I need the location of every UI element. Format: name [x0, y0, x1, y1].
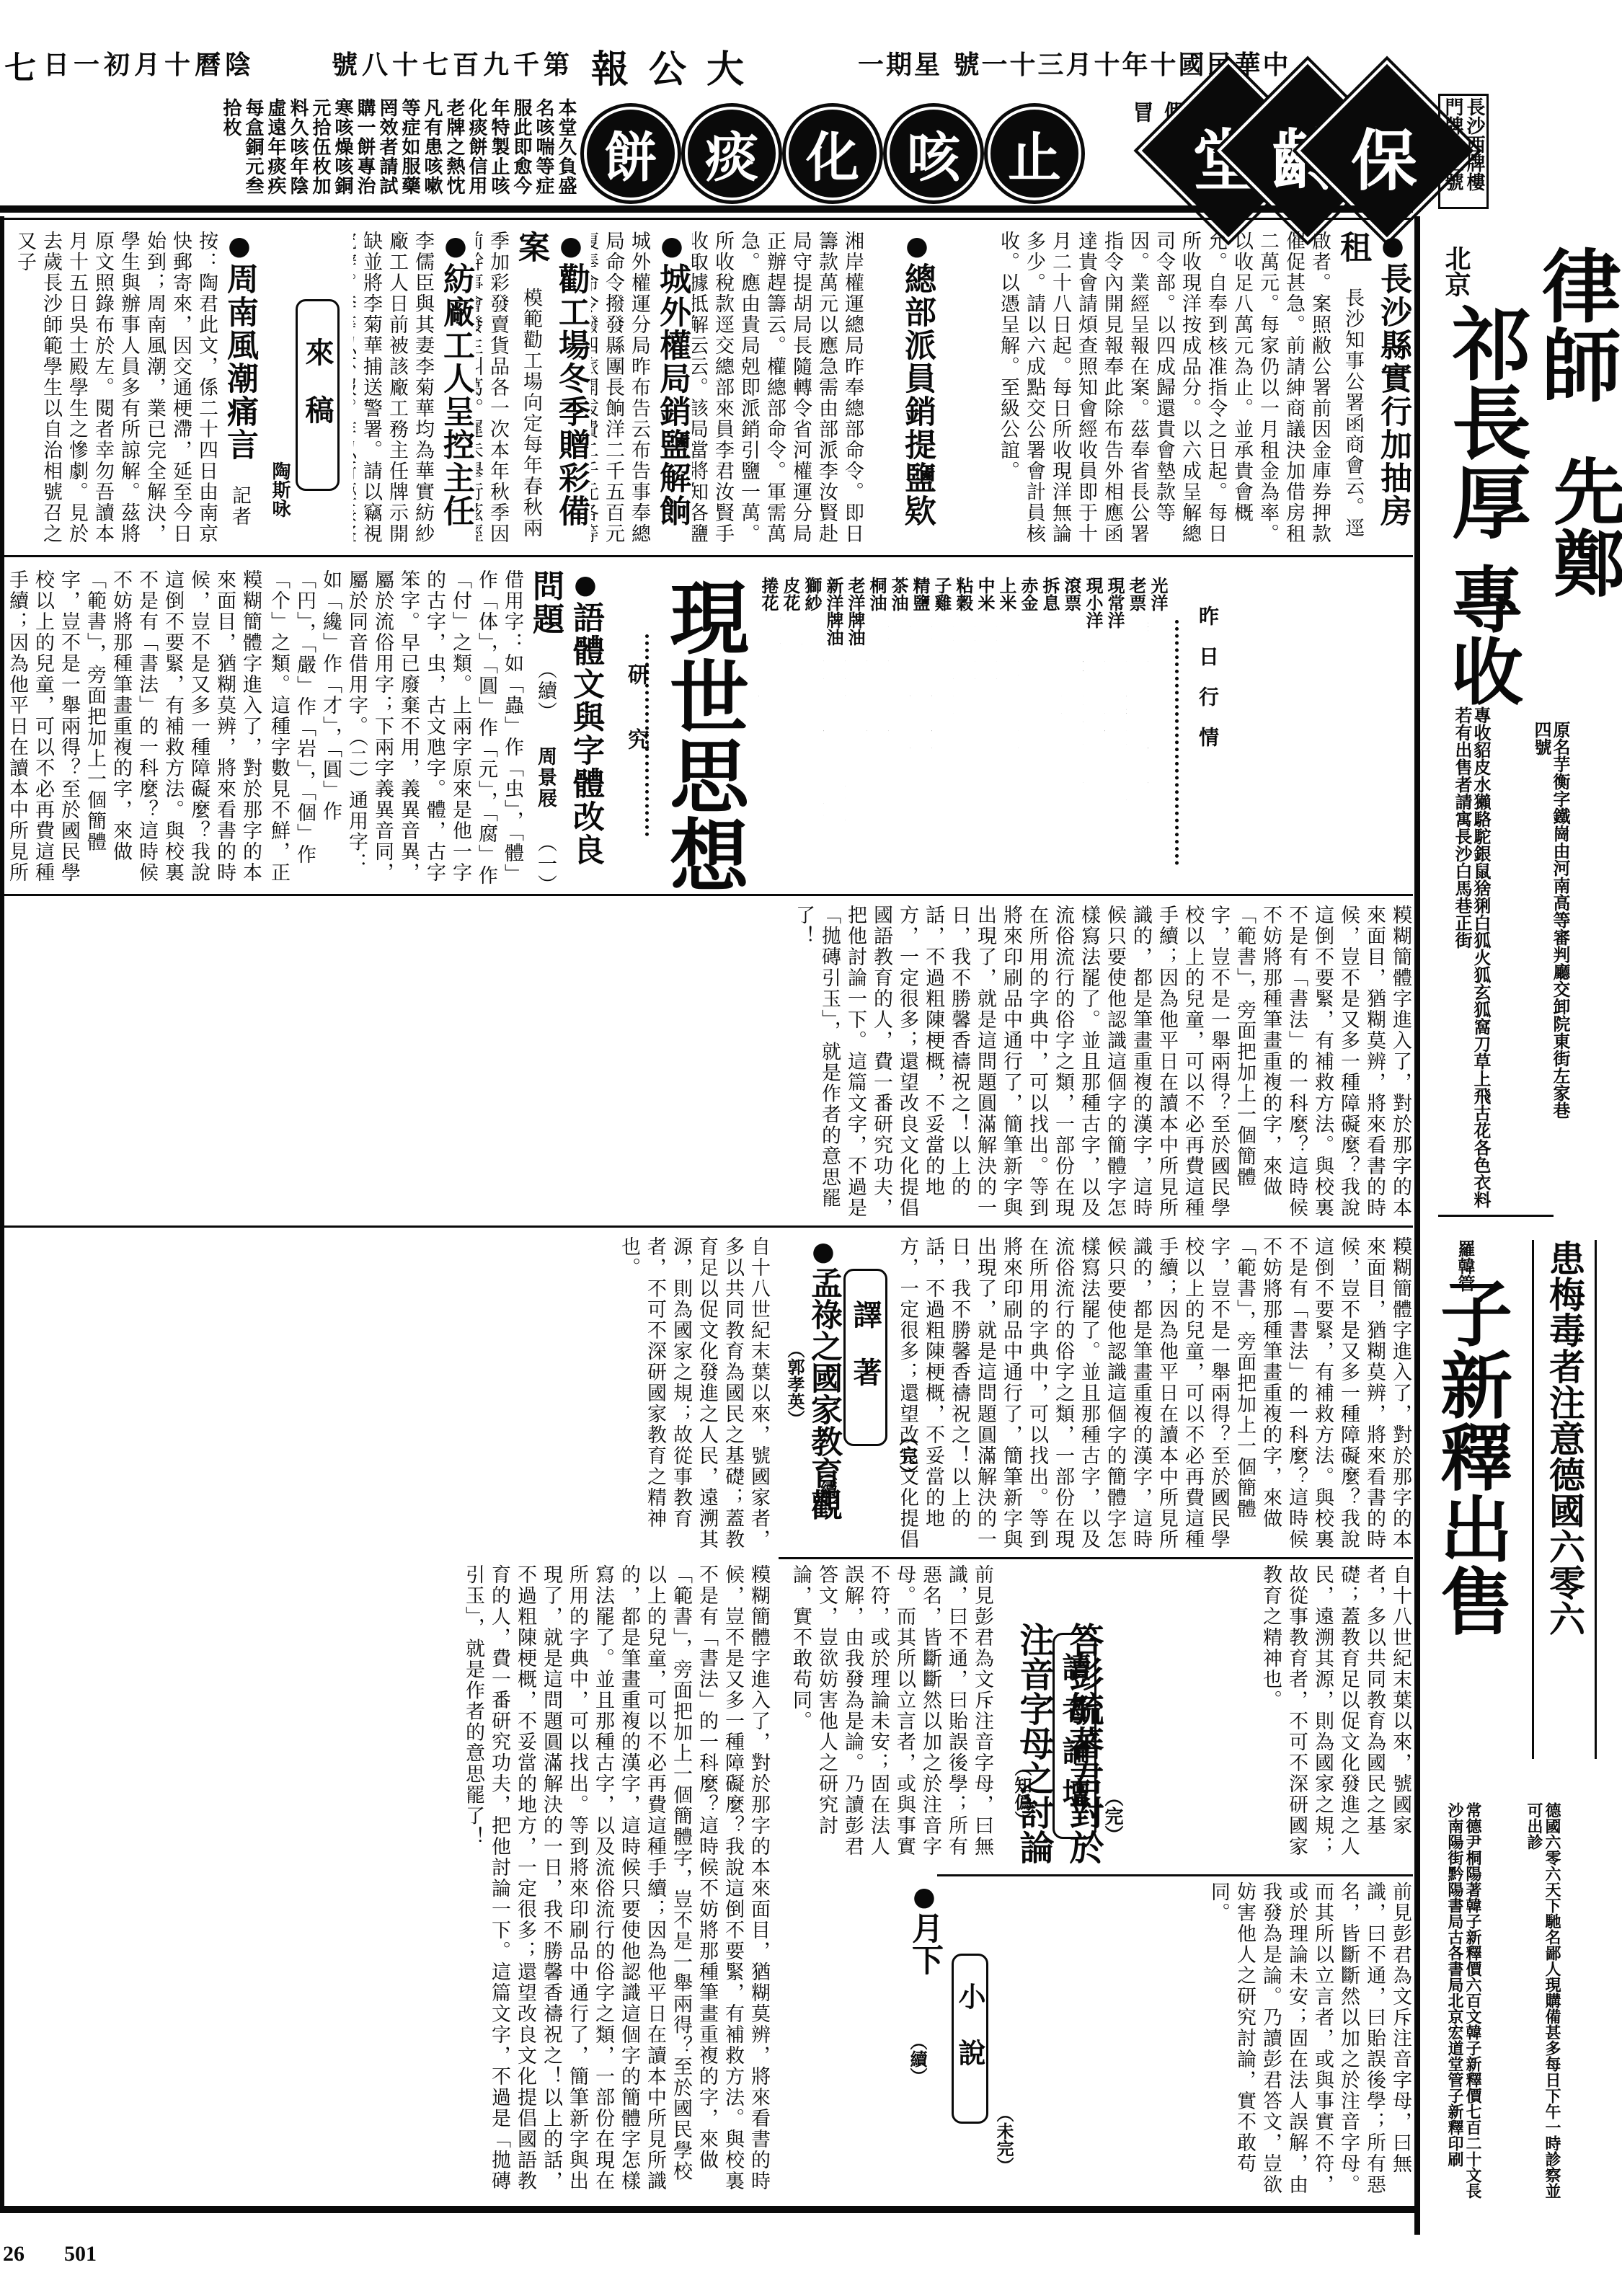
- commodity-name: 現常洋: [1104, 577, 1125, 663]
- commodity-price: 每元換銅元一千七百八十文: [1148, 577, 1148, 784]
- research-label: 研究: [620, 663, 652, 793]
- contribution-label: 來稿: [296, 299, 340, 491]
- essay-text-ending: 糢糊簡體字進入了，對於那字的本來面目，猶糊莫辨，將來看書的時候，豈不是又多一種障…: [901, 1236, 1412, 1550]
- translation-end-mark: （完）: [894, 1427, 921, 1484]
- essay-ending: 糢糊簡體字進入了，對於那字的本來面目，猶糊莫辨，將來看書的時候，豈不是又多一種障…: [901, 1236, 1413, 1550]
- translation-body: 自十八世紀末葉以來，號國家者，多以共同教育為國民之基礎；蓋教育足以促文化發進之人…: [618, 1236, 770, 1550]
- news-body-5: 李儒臣與其妻李菊華均為華實紡紗廠工人日前被該廠工務主任牌示開缺並將李菊華捕送警署…: [353, 231, 434, 544]
- lawyer-location: 北京: [1438, 245, 1475, 297]
- forum-end-mark: （完）: [1099, 1788, 1126, 1844]
- contribution-author: 陶斯咏: [267, 461, 293, 518]
- syphilis-warning: 患梅毒者注意德國六零六: [1532, 1240, 1597, 1759]
- lawyer-receive: 專收: [1445, 562, 1517, 706]
- product-char-1: 止: [988, 107, 1081, 200]
- commodity-price: 每斤元錢三百四十文: [867, 577, 867, 732]
- book-sale-text: 常德尹桐陽著韓子新釋價六百文韓子新釋價七百二十文長沙南陽街黔陽書局古各書局北京宏…: [1445, 1802, 1481, 2206]
- lunar-date: 陰曆十月初一日: [43, 45, 255, 81]
- commodity-price: 一元五: [1040, 577, 1040, 629]
- translation-continued: （續）: [815, 1463, 840, 1515]
- right-border: [1414, 216, 1420, 2235]
- mid-rule-3: [0, 1225, 1413, 1228]
- novel-body-text: 糢糊簡體字進入了，對於那字的本來面目，猶糊莫辨，將來看書的時候，豈不是又多一種障…: [462, 1564, 770, 2191]
- mid-rule-2: [0, 894, 1413, 896]
- essay-text-middle: 糢糊簡體字進入了，對於那字的本來面目，猶糊莫辨，將來看書的時候，豈不是又多一種障…: [792, 905, 1412, 1218]
- brand-char-1: 保: [1323, 108, 1445, 203]
- commodity-name: 赤金: [1018, 577, 1038, 663]
- forum-headline: 答彭毓蕃君對於注音字母之討論: [1009, 1622, 1109, 1867]
- market-price-item: 老票一千六百五十文換光洋一七元: [1126, 577, 1146, 887]
- contribution-headline: 周南風潮痛言: [221, 231, 258, 461]
- novel-label: 小說: [952, 1954, 988, 2124]
- market-price-item: 精鹽每斤元錢一百九十六文: [910, 577, 930, 887]
- commodity-name: 滾票: [1061, 577, 1081, 663]
- forum-body-text: 前見彭君為文斥注音字母，曰無識，曰不通，曰貽誤後學；所有惡名，皆斷斷然以加之於注…: [789, 1564, 993, 1857]
- market-price-item: 桐油每斤元錢三百四十文: [867, 577, 887, 887]
- mid-rule-4: [779, 1557, 1413, 1559]
- footer-number-1: 26: [3, 2242, 25, 2266]
- novel-continued: （續）: [905, 2033, 930, 2085]
- footer-number-2: 501: [64, 2242, 97, 2266]
- essay-continuation-upper: 糢糊簡體字進入了，對於那字的本來面目，猶糊莫辨，將來看書的時候，豈不是又多一種障…: [7, 569, 263, 887]
- top-advertisement: 本堂久負盛名咳喘等症服此即愈今年特製止咳化痰餅信用老牌之熱忱凡有患咳嗽等症如服藥…: [0, 94, 1442, 202]
- commodity-price: 每斤圓錢七百文: [758, 577, 759, 698]
- commodity-price: 每斤元錢三百二十文: [888, 577, 889, 732]
- commodity-name: 上米: [996, 577, 1016, 663]
- market-price-item: 皮花每元合三斤四兩: [780, 577, 800, 887]
- commodity-price: 每包六元二角: [802, 577, 802, 681]
- commodity-name: 子雞: [931, 577, 952, 663]
- market-price-item: 茶油每斤元錢三百二十文: [888, 577, 908, 887]
- lawyer-desc: 原名芋衡字鐵崗由河南高等審判廳交卸院東街左家巷四號: [1532, 721, 1569, 1125]
- commodity-name: 新洋牌油: [823, 577, 843, 663]
- commodity-name: 茶油: [888, 577, 908, 663]
- commodity-name: 捲花: [758, 577, 779, 663]
- market-label: 昨日行情: [1193, 606, 1222, 767]
- commodity-price: 一千四百六十五元: [1061, 577, 1062, 715]
- commodity-price: 每屏光洋三元一角八 每斤元錢二百一十文: [823, 577, 824, 874]
- research-continued: （續）: [534, 660, 557, 722]
- forum-body-upper: 自十八世紀末葉以來，號國家者，多以共同教育為國民之基礎；蓋教育足以促文化發進之人…: [1259, 1564, 1412, 1857]
- market-price-item: 拆息一元五: [1040, 577, 1060, 887]
- market-price-item: 現小洋一十一角八分五折合洋一元: [1083, 577, 1103, 887]
- research-author: 周景屐: [534, 746, 557, 809]
- commodity-name: 獅紗: [802, 577, 822, 663]
- commodity-price: 每石光洋五元一: [975, 577, 975, 698]
- news-item-1: 長沙縣實行加抽房租 長沙知事公署函商會云。逕啟者。案照敝公署前因金庫券押款催促甚…: [937, 231, 1413, 548]
- novel-text-right: 前見彭君為文斥注音字母，曰無識，曰不通，曰貽誤後學；所有惡名，皆斷斷然以加之於注…: [1207, 1881, 1412, 2195]
- forum-article: 自十八世紀末葉以來，號國家者，多以共同教育為國民之基礎；蓋教育足以促文化發進之人…: [937, 1564, 1413, 1867]
- address-box: 長沙西牌樓門牌十三號: [1438, 94, 1489, 209]
- serial-number: 第千九百七十八號: [332, 45, 574, 81]
- news-headline-5: 紡廠工人呈控主任: [438, 231, 474, 528]
- paper-name: 大公報: [591, 39, 764, 93]
- commodity-name: 拆息: [1040, 577, 1060, 663]
- product-char-2: 咳: [887, 107, 980, 200]
- bottom-rule: [0, 2206, 1420, 2213]
- commodity-name: 現小洋: [1083, 577, 1103, 663]
- market-price-item: 中米每石光洋五元一: [975, 577, 995, 887]
- commodity-price: 每斤元錢一百九十六文: [910, 577, 910, 750]
- market-price-item: 老洋牌油每屏光洋三元三角 每斤元錢三百二十文: [845, 577, 865, 887]
- commodity-price: 每屏光洋三元三角 每斤元錢三百二十文: [845, 577, 846, 874]
- novel-continued-text: 前見彭君為文斥注音字母，曰無識，曰不通，曰貽誤後學；所有惡名，皆斷斷然以加之於注…: [959, 1881, 1413, 2199]
- market-price-item: 光洋每元換銅元一千七百八十文: [1148, 577, 1168, 887]
- news-body-2: 湘岸權運總局昨奉總部命令。即日籌款萬元以應急需由部派李汝賢赴局守提胡局長隨轉令省…: [692, 231, 864, 544]
- page-number: 七: [4, 42, 40, 88]
- commodity-price: 一千六百五十文換光洋一七元: [1126, 577, 1127, 802]
- commodity-price: 每石光洋二元五五: [953, 577, 954, 715]
- market-price-item: 上米每石光洋五元四: [996, 577, 1016, 887]
- market-price-table: 光洋每元換銅元一千七百八十文老票一千六百五十文換光洋一七元現常洋每洋一百元補二元…: [757, 577, 1168, 887]
- news-item-4: 勸工場冬季贈彩備案 模範勸工場向定每年春秋兩季加彩發賣貨品各一次本年秋季因前幹事…: [476, 231, 591, 548]
- market-price-item: 赤金換出每兩光洋四十五元: [1018, 577, 1038, 887]
- commodity-name: 桐油: [867, 577, 887, 663]
- lawyer-aux-name: 先鄭: [1532, 454, 1622, 598]
- commodity-name: 中米: [975, 577, 995, 663]
- translation-label: 譯著: [843, 1269, 887, 1446]
- market-price-item: 粘穀每石光洋二元五五: [953, 577, 973, 887]
- commodity-name: 老洋牌油: [845, 577, 865, 663]
- commodity-price: 每石光洋五元四: [996, 577, 997, 698]
- ad-copy: 本堂久負盛名咳喘等症服此即愈今年特製止咳化痰餅信用老牌之熱忱凡有患咳嗽等症如服藥…: [0, 98, 577, 199]
- market-divider-dots: [1175, 620, 1189, 865]
- news-headline-3: 城外權局銷鹽解餉: [654, 231, 691, 528]
- translation-article: 自十八世紀末葉以來，號國家者，多以共同教育為國民之基礎；蓋教育足以促文化發進之人…: [7, 1236, 771, 1550]
- commodity-name: 老票: [1126, 577, 1146, 663]
- novel-body: 糢糊簡體字進入了，對於那字的本來面目，猶糊莫辨，將來看書的時候，豈不是又多一種障…: [7, 1564, 771, 2199]
- contribution-article: 周南風潮痛言 記者按：陶君此文，係二十四日由南京快郵寄來，因交通梗滯，延至今日始…: [7, 231, 260, 548]
- essay-text-upper: 糢糊簡體字進入了，對於那字的本來面目，猶糊莫辨，將來看書的時候，豈不是又多一種障…: [7, 569, 262, 883]
- news-headline-2: 總部派員銷提鹽欵: [899, 231, 936, 528]
- top-rule: [0, 205, 1413, 213]
- market-price-item: 捲花每斤圓錢七百文: [758, 577, 779, 887]
- footer-numbers: 26 501: [3, 2242, 97, 2266]
- news-body-1: 長沙知事公署函商會云。逕啟者。案照敝公署前因金庫券押款催促甚急。前請紳商議決加借…: [997, 231, 1364, 544]
- product-char-4: 痰: [685, 107, 779, 200]
- lawyer-title: 律師: [1532, 245, 1618, 404]
- forum-author: （知僞）: [1009, 1759, 1034, 1828]
- mid-rule-5: [937, 1874, 1413, 1876]
- commodity-name: 皮花: [780, 577, 800, 663]
- commodity-name: 粘穀: [953, 577, 973, 663]
- market-price-item: 獅紗每包六元二角: [802, 577, 822, 887]
- news-item-5: 紡廠工人呈控主任 李儒臣與其妻李菊華均為華實紡紗廠工人日前被該廠工務主任牌示開缺…: [353, 231, 476, 548]
- translation-translator: （郭孝英）: [782, 1341, 807, 1427]
- news-body-3: 城外權運分局昨布告云布告事奉總局命令撥發縣團長餉洋二千五百元復奉命令撥四旅開拔費…: [591, 231, 650, 544]
- research-big-title: 現世思想: [660, 577, 746, 894]
- commodity-price: 一十一角八分五折合洋一元: [1083, 577, 1083, 784]
- top-rule-thin: [0, 218, 1413, 220]
- left-border: [0, 216, 4, 2213]
- market-price-item: 新洋牌油每屏光洋三元一角八 每斤元錢二百一十文: [823, 577, 843, 887]
- news-item-3: 城外權局銷鹽解餉 城外權運分局昨布告云布告事奉總局命令撥發縣團長餉洋二千五百元復…: [591, 231, 692, 548]
- product-char-5: 餅: [584, 107, 678, 200]
- news-item-2-body: 湘岸權運總局昨奉總部命令。即日籌款萬元以應急需由部派李汝賢赴局守提胡局長隨轉令省…: [692, 231, 865, 548]
- novel-title: 月下: [901, 1881, 947, 1975]
- market-price-item: 現常洋每洋一百元補二元八: [1104, 577, 1125, 887]
- novel-end-mark: （未完）: [991, 2105, 1016, 2174]
- news-item-2: 總部派員銷提鹽欵: [865, 231, 937, 548]
- news-body-4: 模範勸工場向定每年春秋兩季加彩發賣貨品各一次本年秋季因前幹事會發生糾葛。遲未舉行…: [476, 231, 542, 544]
- commodity-price: 換出每兩光洋四十五元: [1018, 577, 1019, 750]
- research-article: 語體文與字體改良問題 （續） 周景屐 （一）借用字：如「蟲」作「虫」，「體」作「…: [267, 569, 606, 887]
- essay-continuation-middle: 糢糊簡體字進入了，對於那字的本來面目，猶糊莫辨，將來看書的時候，豈不是又多一種障…: [7, 905, 1413, 1218]
- right-advertisements: 北京 律師 祁長厚 先鄭 專收 原名芋衡字鐵崗由河南高等審判廳交卸院東街左家巷四…: [1424, 216, 1615, 2235]
- lawyer-name: 祁長厚: [1445, 303, 1525, 541]
- ad-divider: [1438, 1215, 1554, 1217]
- contribution-body: 記者按：陶君此文，係二十四日由南京快郵寄來，因交通梗滯，延至今日始到；周南風潮，…: [14, 231, 251, 544]
- commodity-price: 每洋一百元補二元八: [1104, 577, 1105, 732]
- syphilis-desc: 德國六零六天下馳名鄙人現購備甚多每日下午一時診察並可出診: [1525, 1802, 1561, 2206]
- commodity-name: 光洋: [1148, 577, 1168, 663]
- market-price-item: 滾票一千四百六十五元: [1061, 577, 1081, 887]
- market-price-item: 子雞每斤元錢一百九十八文: [931, 577, 952, 887]
- commodity-price: 每斤元錢一百九十八文: [931, 577, 932, 750]
- research-body: （一）借用字：如「蟲」作「虫」，「體」作「体」，「圓」作「元」，「腐」作「付」之…: [267, 569, 557, 886]
- fur-desc: 專收貂皮水獺駱駝銀鼠猞猁白狐火狐玄狐窩刀草上飛古花各色衣料若有出售者請寓長沙白馬…: [1453, 706, 1490, 1211]
- commodity-price: 每元合三斤四兩: [780, 577, 781, 698]
- product-char-3: 化: [786, 107, 879, 200]
- commodity-name: 精鹽: [910, 577, 930, 663]
- book-title: 子新釋出售: [1431, 1276, 1510, 1708]
- forum-body: 前見彭君為文斥注音字母，曰無識，曰不通，曰貽誤後學；所有惡名，皆斷斷然以加之於注…: [779, 1564, 995, 1867]
- mid-rule-1: [0, 555, 1413, 557]
